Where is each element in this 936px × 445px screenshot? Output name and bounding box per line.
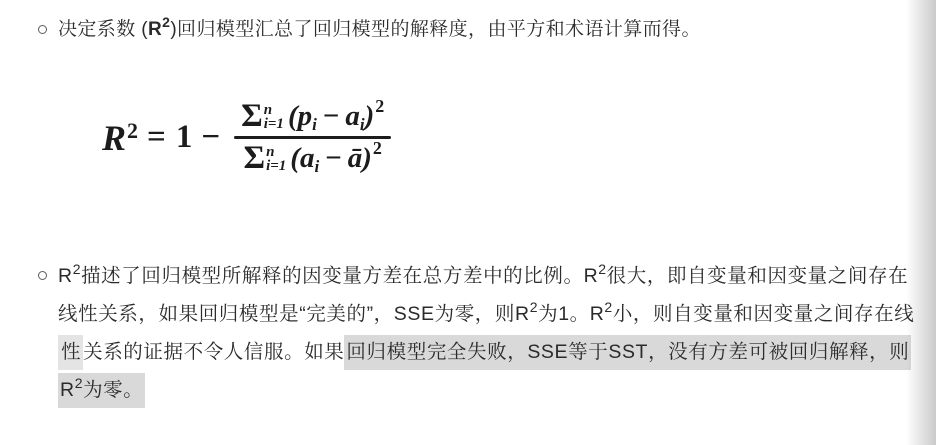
segment: 小，则自变量和因变量之间存在线 xyxy=(613,303,915,325)
r-base: R xyxy=(584,265,599,287)
highlighted-text: 性 xyxy=(58,335,83,370)
formula-minus: − xyxy=(201,119,220,156)
r-base: R xyxy=(60,379,75,401)
text-line-4: R2为零。 xyxy=(58,371,914,409)
formula-one: 1 xyxy=(176,119,193,156)
bullet2-text: R2描述了回归模型所解释的因变量方差在总方差中的比例。R2很大，即自变量和因变量… xyxy=(58,257,914,409)
sum-icon: Σ xyxy=(241,100,263,133)
segment: 为零。 xyxy=(83,379,143,401)
bullet1-r: R xyxy=(148,19,162,40)
formula-denominator: Σ ni=1 (ai − ā)2 xyxy=(237,139,389,178)
segment: 关系的证据不令人信服。如果 xyxy=(83,341,344,363)
bullet1-post: )回归模型汇总了回归模型的解释度，由平方和术语计算而得。 xyxy=(170,19,701,40)
sum-limits: ni=1 xyxy=(264,103,284,131)
document-page: 决定系数 (R2)回归模型汇总了回归模型的解释度，由平方和术语计算而得。 R2 … xyxy=(0,0,936,445)
formula-fraction: Σ ni=1 (pi − ai)2 Σ ni=1 (ai − ā)2 xyxy=(234,97,391,178)
sum-lower: i=1 xyxy=(264,117,284,131)
sum-upper: n xyxy=(264,103,272,117)
var-a: a xyxy=(300,142,315,175)
bullet-circle-icon xyxy=(38,271,47,280)
segment: 很大，即自变量和因变量之间存在 xyxy=(607,265,909,287)
bullet-point-r2-explanation: R2描述了回归模型所解释的因变量方差在总方差中的比例。R2很大，即自变量和因变量… xyxy=(38,257,928,409)
highlighted-text: 回归模型完全失败，SSE等于SST，没有方差可被回归解释，则 xyxy=(344,335,911,370)
minus-sign: − xyxy=(323,100,340,133)
paren-open: ( xyxy=(288,100,298,133)
bullet1-text: 决定系数 (R2)回归模型汇总了回归模型的解释度，由平方和术语计算而得。 xyxy=(58,16,701,44)
bullet-circle-icon xyxy=(38,25,47,34)
text-line-3: 性关系的证据不令人信服。如果回归模型完全失败，SSE等于SST，没有方差可被回归… xyxy=(58,333,914,371)
var-p: p xyxy=(298,100,313,133)
sum-lower: i=1 xyxy=(266,159,286,173)
paren-open: ( xyxy=(290,142,300,175)
sum-limits: ni=1 xyxy=(266,145,286,173)
highlighted-text: R2为零。 xyxy=(58,373,145,408)
var-a: a xyxy=(345,100,360,133)
formula-numerator: Σ ni=1 (pi − ai)2 xyxy=(234,97,391,136)
paren-close: ) xyxy=(362,142,372,175)
r2-formula: R2 = 1 − Σ ni=1 (pi − ai)2 Σ ni=1 (ai − … xyxy=(102,97,391,178)
sum-icon: Σ xyxy=(244,142,266,175)
text-line-2: 线性关系，如果回归模型是“完美的”，SSE为零，则R2为1。R2小，则自变量和因… xyxy=(58,295,914,333)
text-line-1: R2描述了回归模型所解释的因变量方差在总方差中的比例。R2很大，即自变量和因变量… xyxy=(58,257,914,295)
formula-lhs: R2 xyxy=(102,117,138,159)
paren-close: ) xyxy=(365,100,375,133)
bullet-point-r2-definition: 决定系数 (R2)回归模型汇总了回归模型的解释度，由平方和术语计算而得。 xyxy=(38,16,918,44)
segment: 描述了回归模型所解释的因变量方差在总方差中的比例。 xyxy=(81,265,584,287)
r-base: R xyxy=(58,265,73,287)
segment: 线性关系，如果回归模型是“完美的”，SSE为零，则R xyxy=(58,303,530,325)
segment: 为1。R xyxy=(538,303,604,325)
minus-sign: − xyxy=(325,142,342,175)
var-a-bar: ā xyxy=(348,142,363,175)
sum-upper: n xyxy=(266,145,274,159)
bullet1-pre: 决定系数 ( xyxy=(58,19,148,40)
formula-lhs-base: R xyxy=(102,118,126,158)
formula-equals: = xyxy=(147,119,166,156)
